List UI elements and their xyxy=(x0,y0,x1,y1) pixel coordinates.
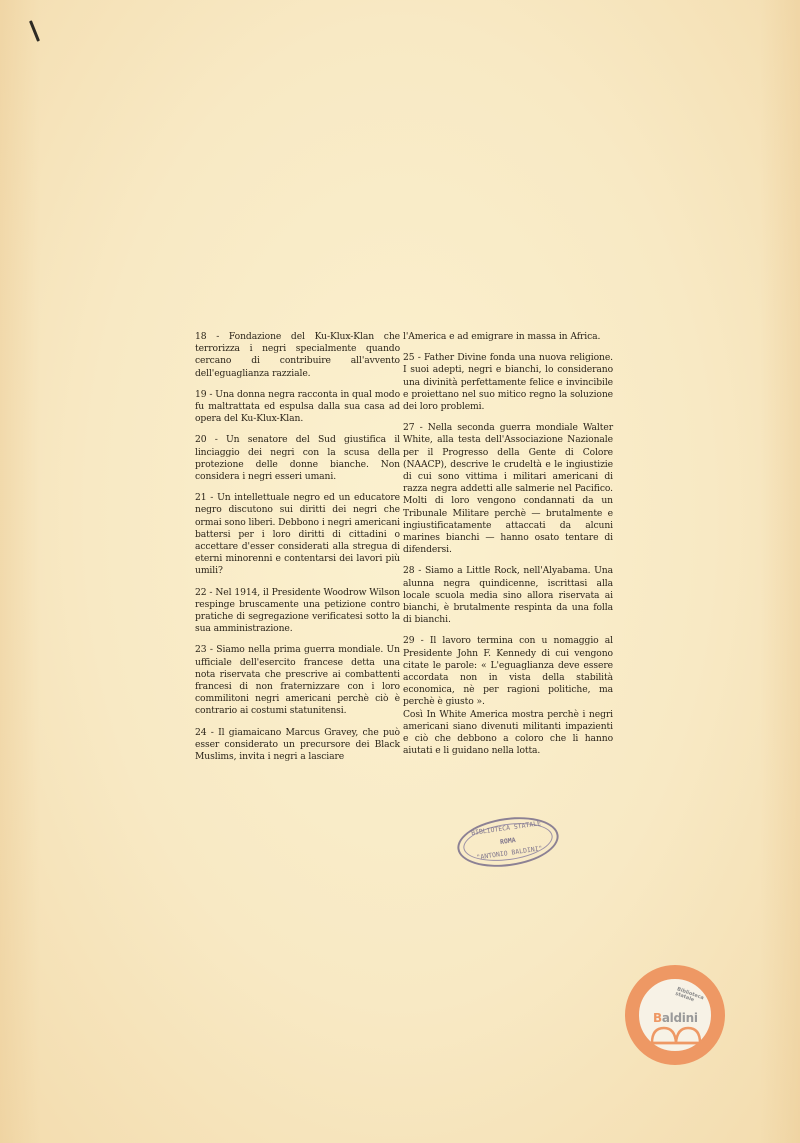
separator: - xyxy=(415,635,430,646)
open-book-icon xyxy=(649,1025,703,1045)
entry-28: 28 - Siamo a Little Rock, nell'Alyabama.… xyxy=(403,565,613,626)
entry-29: 29 - Il lavoro termina con u nomaggio al… xyxy=(403,635,613,708)
entry-number: 29 xyxy=(403,635,415,646)
separator: - xyxy=(207,587,216,598)
entry-18: 18 - Fondazione del Ku-Klux-Klan che ter… xyxy=(195,331,400,380)
entry-number: 23 xyxy=(195,644,207,655)
separator: - xyxy=(207,331,229,342)
entry-24: 24 - Il giamaicano Marcus Gravey, che pu… xyxy=(195,727,400,764)
entry-23: 23 - Siamo nella prima guerra mondiale. … xyxy=(195,644,400,717)
entry-text: Siamo nella prima guerra mondiale. Un uf… xyxy=(195,644,400,716)
separator: - xyxy=(207,389,216,400)
baldini-logo: Biblioteca statale Baldini xyxy=(625,965,725,1065)
entry-25: 25 - Father Divine fonda una nuova relig… xyxy=(403,352,613,413)
closing-paragraph: Così In White America mostra perchè i ne… xyxy=(403,709,613,758)
entry-number: 21 xyxy=(195,492,207,503)
separator: - xyxy=(415,352,424,363)
pen-mark xyxy=(29,20,40,42)
entry-number: 28 xyxy=(403,565,415,576)
entry-text: Il giamaicano Marcus Gravey, che può ess… xyxy=(195,727,400,762)
separator: - xyxy=(207,492,218,503)
entry-number: 22 xyxy=(195,587,207,598)
entry-number: 20 xyxy=(195,434,207,445)
separator: - xyxy=(207,434,227,445)
separator: - xyxy=(207,644,217,655)
entry-number: 18 xyxy=(195,331,207,342)
logo-brand-initial: B xyxy=(653,1011,662,1025)
entry-21: 21 - Un intellettuale negro ed un educat… xyxy=(195,492,400,577)
logo-small-text: Biblioteca statale xyxy=(674,987,711,1009)
entry-text: Father Divine fonda una nuova religione.… xyxy=(403,352,613,412)
entry-number: 25 xyxy=(403,352,415,363)
entry-text: Un senatore del Sud giustifica il lincia… xyxy=(195,434,400,482)
separator: - xyxy=(415,422,428,433)
entry-text: Un intellettuale negro ed un educatore n… xyxy=(195,492,400,576)
entry-text: Una donna negra racconta in qual modo fu… xyxy=(195,389,400,424)
entry-19: 19 - Una donna negra racconta in qual mo… xyxy=(195,389,400,426)
logo-brand: Baldini xyxy=(653,1011,698,1025)
left-column: 18 - Fondazione del Ku-Klux-Klan che ter… xyxy=(195,331,400,772)
entry-number: 24 xyxy=(195,727,207,738)
entry-27: 27 - Nella seconda guerra mondiale Walte… xyxy=(403,422,613,556)
entry-text: Nella seconda guerra mondiale Walter Whi… xyxy=(403,422,613,555)
separator: - xyxy=(415,565,425,576)
entry-20: 20 - Un senatore del Sud giustifica il l… xyxy=(195,434,400,483)
entry-24-continuation: l'America e ad emigrare in massa in Afri… xyxy=(403,331,613,343)
entry-text: Nel 1914, il Presidente Woodrow Wilson r… xyxy=(195,587,400,635)
entry-22: 22 - Nel 1914, il Presidente Woodrow Wil… xyxy=(195,587,400,636)
logo-brand-rest: aldini xyxy=(662,1011,698,1025)
separator: - xyxy=(207,727,219,738)
library-stamp: BIBLIOTECA STATALE ROMA "ANTONIO BALDINI… xyxy=(454,811,562,873)
entry-number: 19 xyxy=(195,389,207,400)
entry-number: 27 xyxy=(403,422,415,433)
entry-text: Il lavoro termina con u nomaggio al Pres… xyxy=(403,635,613,707)
entry-text: Siamo a Little Rock, nell'Alyabama. Una … xyxy=(403,565,613,625)
right-column: l'America e ad emigrare in massa in Afri… xyxy=(403,331,613,767)
